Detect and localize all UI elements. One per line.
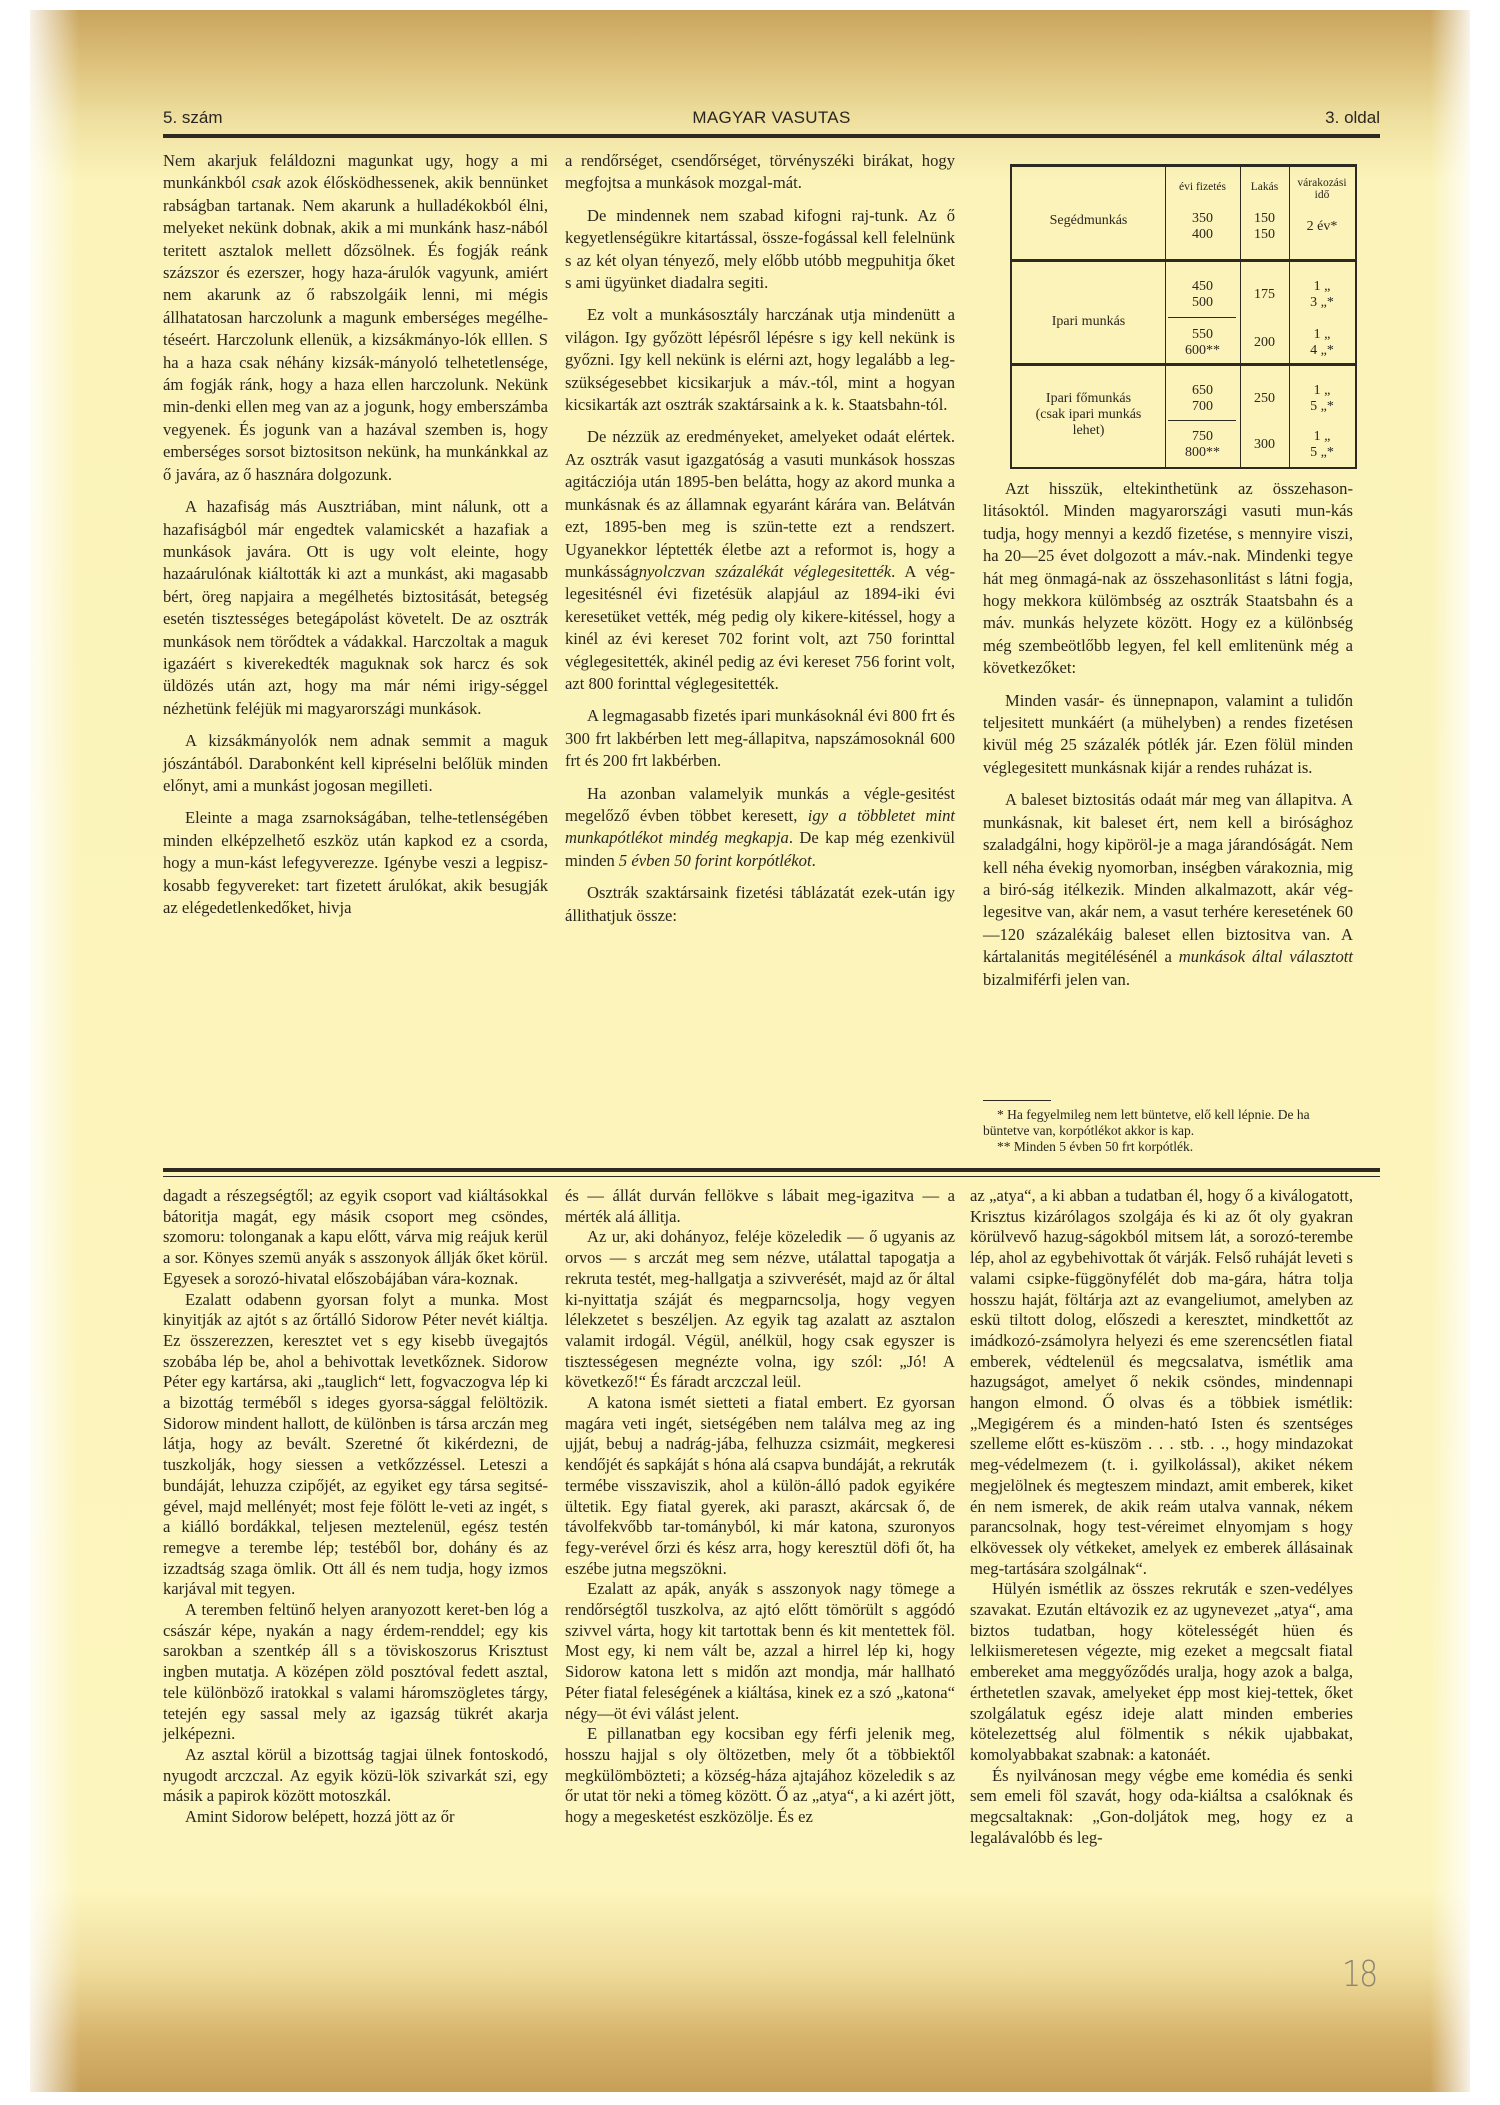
- value: 700: [1165, 399, 1240, 415]
- value: 4 „*: [1289, 343, 1355, 359]
- row-category: Ipari munkás: [1012, 314, 1165, 330]
- paragraph: Az asztal körül a bizottság tagjai ülnek…: [163, 1745, 548, 1807]
- paragraph: Ezalatt odabenn gyorsan folyt a munka. M…: [163, 1290, 548, 1601]
- paragraph: Hülyén ismétlik az összes rekruták e sze…: [970, 1579, 1353, 1765]
- paragraph: Azt hisszük, eltekinthetünk az összehaso…: [983, 478, 1353, 680]
- article-bottom-col2: és — állát durván fellökve s lábait meg-…: [565, 1186, 955, 1828]
- paragraph: A legmagasabb fizetés ipari munkásoknál …: [565, 705, 955, 772]
- paragraph: Osztrák szaktársaink fizetési táblázatát…: [565, 882, 955, 927]
- paragraph: az „atya“, a ki abban a tudatban él, hog…: [970, 1186, 1353, 1579]
- salary-value: 350 400: [1165, 211, 1240, 243]
- text-run: A baleset biztositás odaát már meg van á…: [983, 790, 1353, 966]
- page-header: 5. szám MAGYAR VASUTAS 3. oldal: [163, 108, 1380, 134]
- paragraph: A katona ismét sietteti a fiatal embert.…: [565, 1393, 955, 1579]
- value: 500: [1165, 295, 1240, 311]
- footnote: * Ha fegyelmileg nem lett büntetve, elő …: [983, 1107, 1353, 1139]
- housing-value: 175: [1240, 287, 1289, 303]
- category-line: (csak ipari munkás: [1012, 407, 1165, 423]
- table-divider: [1012, 259, 1355, 262]
- table-divider: [1168, 420, 1236, 421]
- value: 450: [1165, 279, 1240, 295]
- value: 350: [1165, 211, 1240, 227]
- value: 5 „*: [1289, 445, 1355, 461]
- paragraph: Minden vasár- és ünnepnapon, valamint a …: [983, 690, 1353, 780]
- value: 650: [1165, 383, 1240, 399]
- table-divider: [1289, 167, 1290, 467]
- category-line: lehet): [1012, 423, 1165, 439]
- paragraph: Az ur, aki dohányoz, feléje közeledik — …: [565, 1227, 955, 1393]
- value: 1 „: [1289, 429, 1355, 445]
- value: 550: [1165, 327, 1240, 343]
- emphasis: munkások által választott: [1179, 947, 1353, 966]
- paragraph: Ezalatt az apák, anyák s asszonyok nagy …: [565, 1579, 955, 1724]
- text-run: De nézzük az eredményeket, amelyeket oda…: [565, 427, 955, 580]
- table-divider: [1168, 317, 1236, 318]
- value: 5 „*: [1289, 399, 1355, 415]
- paragraph: A teremben feltünő helyen aranyozott ker…: [163, 1600, 548, 1745]
- article-top-col3: Azt hisszük, eltekinthetünk az összehaso…: [983, 478, 1353, 991]
- footnote-rule: [983, 1100, 1051, 1101]
- footnote: ** Minden 5 évben 50 frt korpótlék.: [983, 1139, 1353, 1155]
- paragraph: Ez volt a munkásosztály harczának utja m…: [565, 304, 955, 416]
- emphasis: nyolczvan százalékát véglegesitették: [639, 562, 891, 581]
- header-rule: [163, 134, 1380, 138]
- value: 1 „: [1289, 279, 1355, 295]
- page-number: 3. oldal: [1325, 108, 1380, 128]
- value: 3 „*: [1289, 295, 1355, 311]
- column-header-waiting: várakozási idő: [1289, 177, 1355, 201]
- paragraph: De nézzük az eredményeket, amelyeket oda…: [565, 426, 955, 695]
- paragraph: Eleinte a maga zsarnokságában, telhe-tet…: [163, 807, 548, 919]
- paragraph: Nem akarjuk feláldozni magunkat ugy, hog…: [163, 150, 548, 486]
- section-divider: [163, 1168, 1380, 1172]
- value: 1 „: [1289, 327, 1355, 343]
- row-category: Segédmunkás: [1012, 213, 1165, 229]
- value: 750: [1165, 429, 1240, 445]
- handwritten-page-number: 18: [1342, 1954, 1376, 1996]
- paragraph: E pillanatban egy kocsiban egy férfi jel…: [565, 1724, 955, 1828]
- newspaper-page: 5. szám MAGYAR VASUTAS 3. oldal Nem akar…: [30, 10, 1470, 2092]
- paragraph: Amint Sidorow belépett, hozzá jött az őr: [163, 1807, 548, 1828]
- value: 150: [1240, 211, 1289, 227]
- salary-value: 750 800**: [1165, 429, 1240, 461]
- text-run: bizalmiférfi jelen van.: [983, 970, 1130, 989]
- waiting-value: 1 „ 5 „*: [1289, 383, 1355, 415]
- emphasis: 5 évben 50 forint korpótlékot: [619, 851, 812, 870]
- salary-value: 650 700: [1165, 383, 1240, 415]
- salary-value: 550 600**: [1165, 327, 1240, 359]
- paragraph: De mindennek nem szabad kifogni raj-tunk…: [565, 205, 955, 295]
- housing-value: 250: [1240, 391, 1289, 407]
- article-top-col1: Nem akarjuk feláldozni magunkat ugy, hog…: [163, 150, 548, 919]
- salary-table: évi fizetés Lakás várakozási idő Segédmu…: [1010, 164, 1357, 469]
- housing-value: 300: [1240, 437, 1289, 453]
- value: 600**: [1165, 343, 1240, 359]
- article-top-col2: a rendőrséget, csendőrséget, törvényszék…: [565, 150, 955, 927]
- category-line: Ipari főmunkás: [1012, 391, 1165, 407]
- newspaper-title: MAGYAR VASUTAS: [163, 108, 1380, 128]
- paragraph: A hazafiság más Ausztriában, mint nálunk…: [163, 496, 548, 720]
- housing-value: 150 150: [1240, 211, 1289, 243]
- article-bottom-col1: dagadt a részegségtől; az egyik csoport …: [163, 1186, 548, 1828]
- emphasis: csak: [252, 173, 282, 192]
- paragraph: És nyilvánosan megy végbe eme komédia és…: [970, 1766, 1353, 1849]
- article-bottom-col3: az „atya“, a ki abban a tudatban él, hog…: [970, 1186, 1353, 1849]
- salary-value: 450 500: [1165, 279, 1240, 311]
- column-header-salary: évi fizetés: [1165, 181, 1240, 193]
- table-divider: [1012, 363, 1355, 366]
- column-header-housing: Lakás: [1240, 181, 1289, 193]
- waiting-value: 2 év*: [1289, 219, 1355, 235]
- housing-value: 200: [1240, 335, 1289, 351]
- waiting-value: 1 „ 5 „*: [1289, 429, 1355, 461]
- value: 150: [1240, 227, 1289, 243]
- table-footnotes: * Ha fegyelmileg nem lett büntetve, elő …: [983, 1100, 1353, 1155]
- waiting-value: 1 „ 3 „*: [1289, 279, 1355, 311]
- paragraph: dagadt a részegségtől; az egyik csoport …: [163, 1186, 548, 1290]
- waiting-value: 1 „ 4 „*: [1289, 327, 1355, 359]
- paragraph: és — állát durván fellökve s lábait meg-…: [565, 1186, 955, 1227]
- paragraph: A baleset biztositás odaát már meg van á…: [983, 789, 1353, 991]
- value: 400: [1165, 227, 1240, 243]
- paragraph: a rendőrséget, csendőrséget, törvényszék…: [565, 150, 955, 195]
- text-run: .: [812, 851, 816, 870]
- text-run: . A vég-legesitésnél évi fizetésük alapj…: [565, 562, 955, 693]
- section-divider-thin: [163, 1176, 1380, 1177]
- row-category: Ipari főmunkás (csak ipari munkás lehet): [1012, 391, 1165, 439]
- value: 1 „: [1289, 383, 1355, 399]
- paragraph: Ha azonban valamelyik munkás a végle-ges…: [565, 783, 955, 873]
- value: 800**: [1165, 445, 1240, 461]
- paragraph: A kizsákmányolók nem adnak semmit a magu…: [163, 730, 548, 797]
